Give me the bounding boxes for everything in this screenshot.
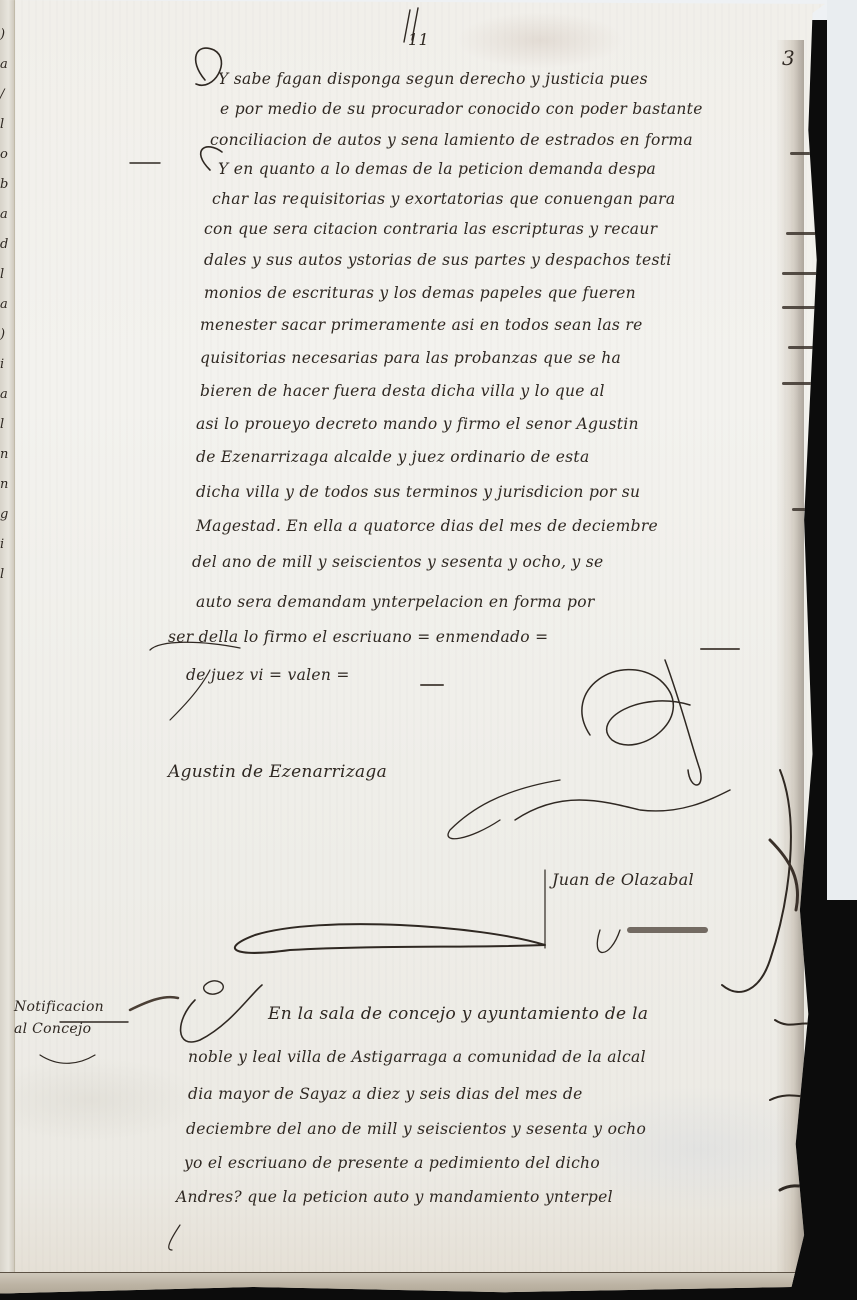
text-line: ser della lo firmo el escriuano = enmend… <box>168 628 548 646</box>
text-line: Andres? que la peticion auto y mandamien… <box>176 1188 613 1206</box>
corner-mark: 3 <box>782 46 795 70</box>
text-line: e por medio de su procurador conocido co… <box>220 100 703 118</box>
line-filler-dash <box>782 272 822 275</box>
line-filler-dash <box>782 382 822 385</box>
text-line: monios de escrituras y los demas papeles… <box>204 284 636 302</box>
text-line: Y sabe fagan disponga segun derecho y ju… <box>218 70 648 88</box>
text-line: conciliacion de autos y sena lamiento de… <box>210 131 693 149</box>
worn-bottom-edge <box>0 1272 820 1300</box>
line-filler-dash <box>782 306 822 309</box>
text-line: quisitorias necesarias para las probanza… <box>200 349 621 367</box>
line-filler-dash <box>790 152 824 155</box>
folio-mark: 11 <box>408 30 429 49</box>
text-line: En la sala de concejo y ayuntamiento de … <box>268 1004 648 1024</box>
text-line: char las requisitorias y exortatorias qu… <box>212 190 675 208</box>
text-line: Magestad. En ella a quatorce dias del me… <box>196 517 658 535</box>
signature-alcalde: Agustin de Ezenarrizaga <box>168 762 387 782</box>
line-filler-dash <box>786 232 824 235</box>
text-line: asi lo proueyo decreto mando y firmo el … <box>196 415 639 433</box>
margin-note-line: al Concejo <box>14 1018 104 1040</box>
signature-escribano: Juan de Olazabal <box>552 870 694 889</box>
text-line: bieren de hacer fuera desta dicha villa … <box>200 382 605 400</box>
text-line: de Ezenarrizaga alcalde y juez ordinario… <box>196 448 590 466</box>
text-line: auto sera demandam ynterpelacion en form… <box>196 593 595 611</box>
text-line: de juez vi = valen = <box>186 666 350 684</box>
text-line: yo el escriuano de presente a pedimiento… <box>184 1154 600 1172</box>
worn-right-edge <box>776 40 804 1280</box>
manuscript-page: )a/lobadla)ialnngil 11 3 Y sabe fagan di… <box>0 0 842 1300</box>
text-line: del ano de mill y seiscientos y sesenta … <box>192 553 604 571</box>
text-line: dicha villa y de todos sus terminos y ju… <box>196 483 640 501</box>
line-filler-dash <box>792 508 826 511</box>
adjacent-page-fragments: )a/lobadla)ialnngil <box>0 20 14 920</box>
line-filler-dash <box>700 648 740 650</box>
margin-note-line: Notificacion <box>14 996 104 1018</box>
line-filler-dash <box>420 684 444 686</box>
text-line: noble y leal villa de Astigarraga a comu… <box>188 1048 646 1066</box>
text-line: deciembre del ano de mill y seiscientos … <box>186 1120 646 1138</box>
text-line: dia mayor de Sayaz a diez y seis dias de… <box>188 1085 583 1103</box>
text-line: dales y sus autos ystorias de sus partes… <box>204 251 672 269</box>
text-line: Y en quanto a lo demas de la peticion de… <box>218 160 656 178</box>
line-filler-dash <box>788 346 824 349</box>
text-line: con que sera citacion contraria las escr… <box>204 220 657 238</box>
text-line: menester sacar primeramente asi en todos… <box>200 316 643 334</box>
scan-background-right <box>827 0 857 900</box>
margin-note: Notificacion al Concejo <box>14 996 104 1040</box>
